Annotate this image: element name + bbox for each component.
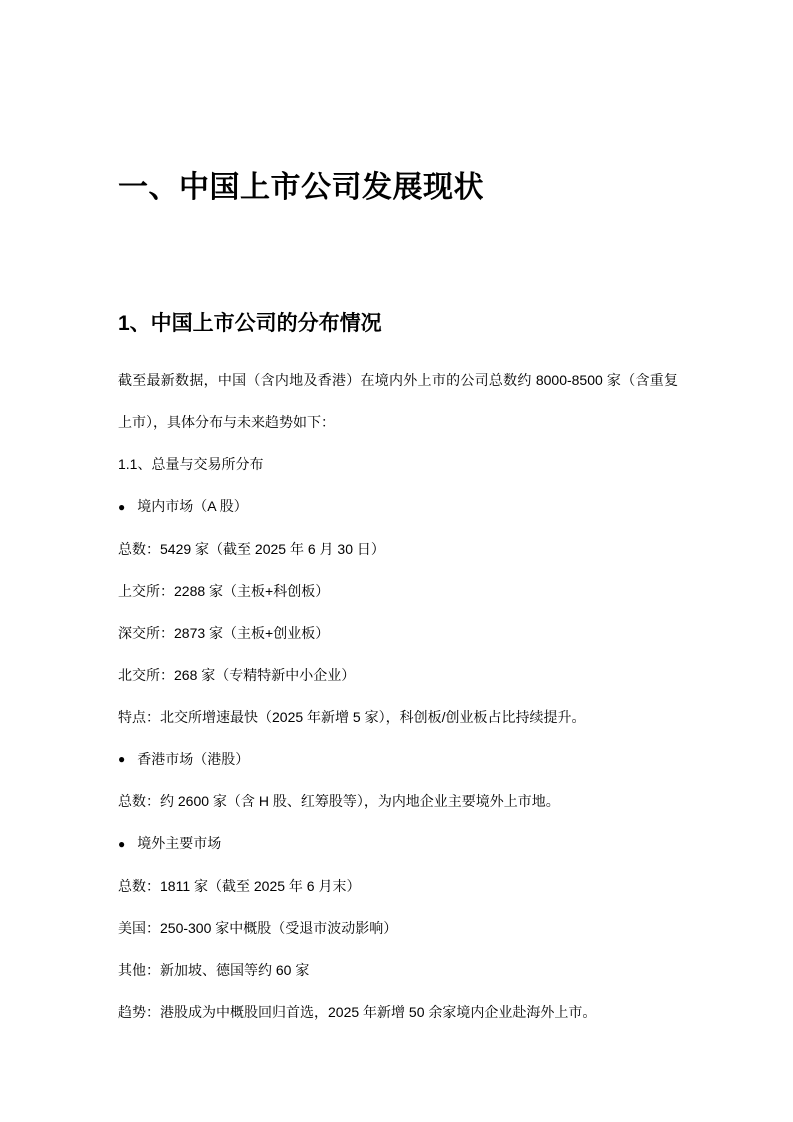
paragraph-text: 境外主要市场	[137, 835, 221, 851]
document-title: 一、中国上市公司发展现状	[118, 170, 678, 206]
bullet-icon: ●	[118, 738, 125, 780]
paragraph-text: 上交所：2288 家（主板+科创板）	[118, 583, 329, 599]
paragraph: 总数：约 2600 家（含 H 股、红筹股等），为内地企业主要境外上市地。	[118, 780, 678, 822]
paragraph: 上交所：2288 家（主板+科创板）	[118, 570, 678, 612]
paragraph-text: 深交所：2873 家（主板+创业板）	[118, 625, 329, 641]
bullet-item: ●境外主要市场	[118, 822, 678, 865]
paragraph: 其他：新加坡、德国等约 60 家	[118, 949, 678, 991]
paragraph-text: 1.1、总量与交易所分布	[118, 456, 263, 472]
bullet-icon: ●	[118, 823, 125, 865]
paragraph-text: 特点：北交所增速最快（2025 年新增 5 家），科创板/创业板占比持续提升。	[118, 709, 586, 725]
paragraph: 趋势：港股成为中概股回归首选，2025 年新增 50 余家境内企业赴海外上市。	[118, 991, 678, 1033]
document-page: 一、中国上市公司发展现状 1、中国上市公司的分布情况 截至最新数据，中国（含内地…	[0, 0, 793, 1122]
paragraph-text: 总数：约 2600 家（含 H 股、红筹股等），为内地企业主要境外上市地。	[118, 793, 560, 809]
paragraph-text: 北交所：268 家（专精特新中小企业）	[118, 667, 355, 683]
paragraph-text: 总数：5429 家（截至 2025 年 6 月 30 日）	[118, 541, 385, 557]
paragraph-text: 总数：1811 家（截至 2025 年 6 月末）	[118, 878, 360, 894]
paragraph-text: 截至最新数据，中国（含内地及香港）在境内外上市的公司总数约 8000-8500 …	[118, 372, 678, 430]
paragraph-list: 截至最新数据，中国（含内地及香港）在境内外上市的公司总数约 8000-8500 …	[118, 359, 678, 1033]
bullet-item: ●境内市场（A 股）	[118, 485, 678, 528]
paragraph-text: 趋势：港股成为中概股回归首选，2025 年新增 50 余家境内企业赴海外上市。	[118, 1004, 596, 1020]
section-heading: 1、中国上市公司的分布情况	[118, 310, 678, 338]
paragraph: 特点：北交所增速最快（2025 年新增 5 家），科创板/创业板占比持续提升。	[118, 696, 678, 738]
paragraph-text: 境内市场（A 股）	[137, 498, 247, 514]
bullet-icon: ●	[118, 486, 125, 528]
paragraph: 深交所：2873 家（主板+创业板）	[118, 612, 678, 654]
paragraph: 1.1、总量与交易所分布	[118, 443, 678, 485]
paragraph: 北交所：268 家（专精特新中小企业）	[118, 654, 678, 696]
paragraph-text: 美国：250-300 家中概股（受退市波动影响）	[118, 920, 397, 936]
paragraph: 截至最新数据，中国（含内地及香港）在境内外上市的公司总数约 8000-8500 …	[118, 359, 678, 443]
bullet-item: ●香港市场（港股）	[118, 738, 678, 781]
paragraph: 总数：5429 家（截至 2025 年 6 月 30 日）	[118, 528, 678, 570]
paragraph-text: 其他：新加坡、德国等约 60 家	[118, 962, 309, 978]
paragraph-text: 香港市场（港股）	[137, 751, 249, 767]
paragraph: 美国：250-300 家中概股（受退市波动影响）	[118, 907, 678, 949]
paragraph: 总数：1811 家（截至 2025 年 6 月末）	[118, 865, 678, 907]
